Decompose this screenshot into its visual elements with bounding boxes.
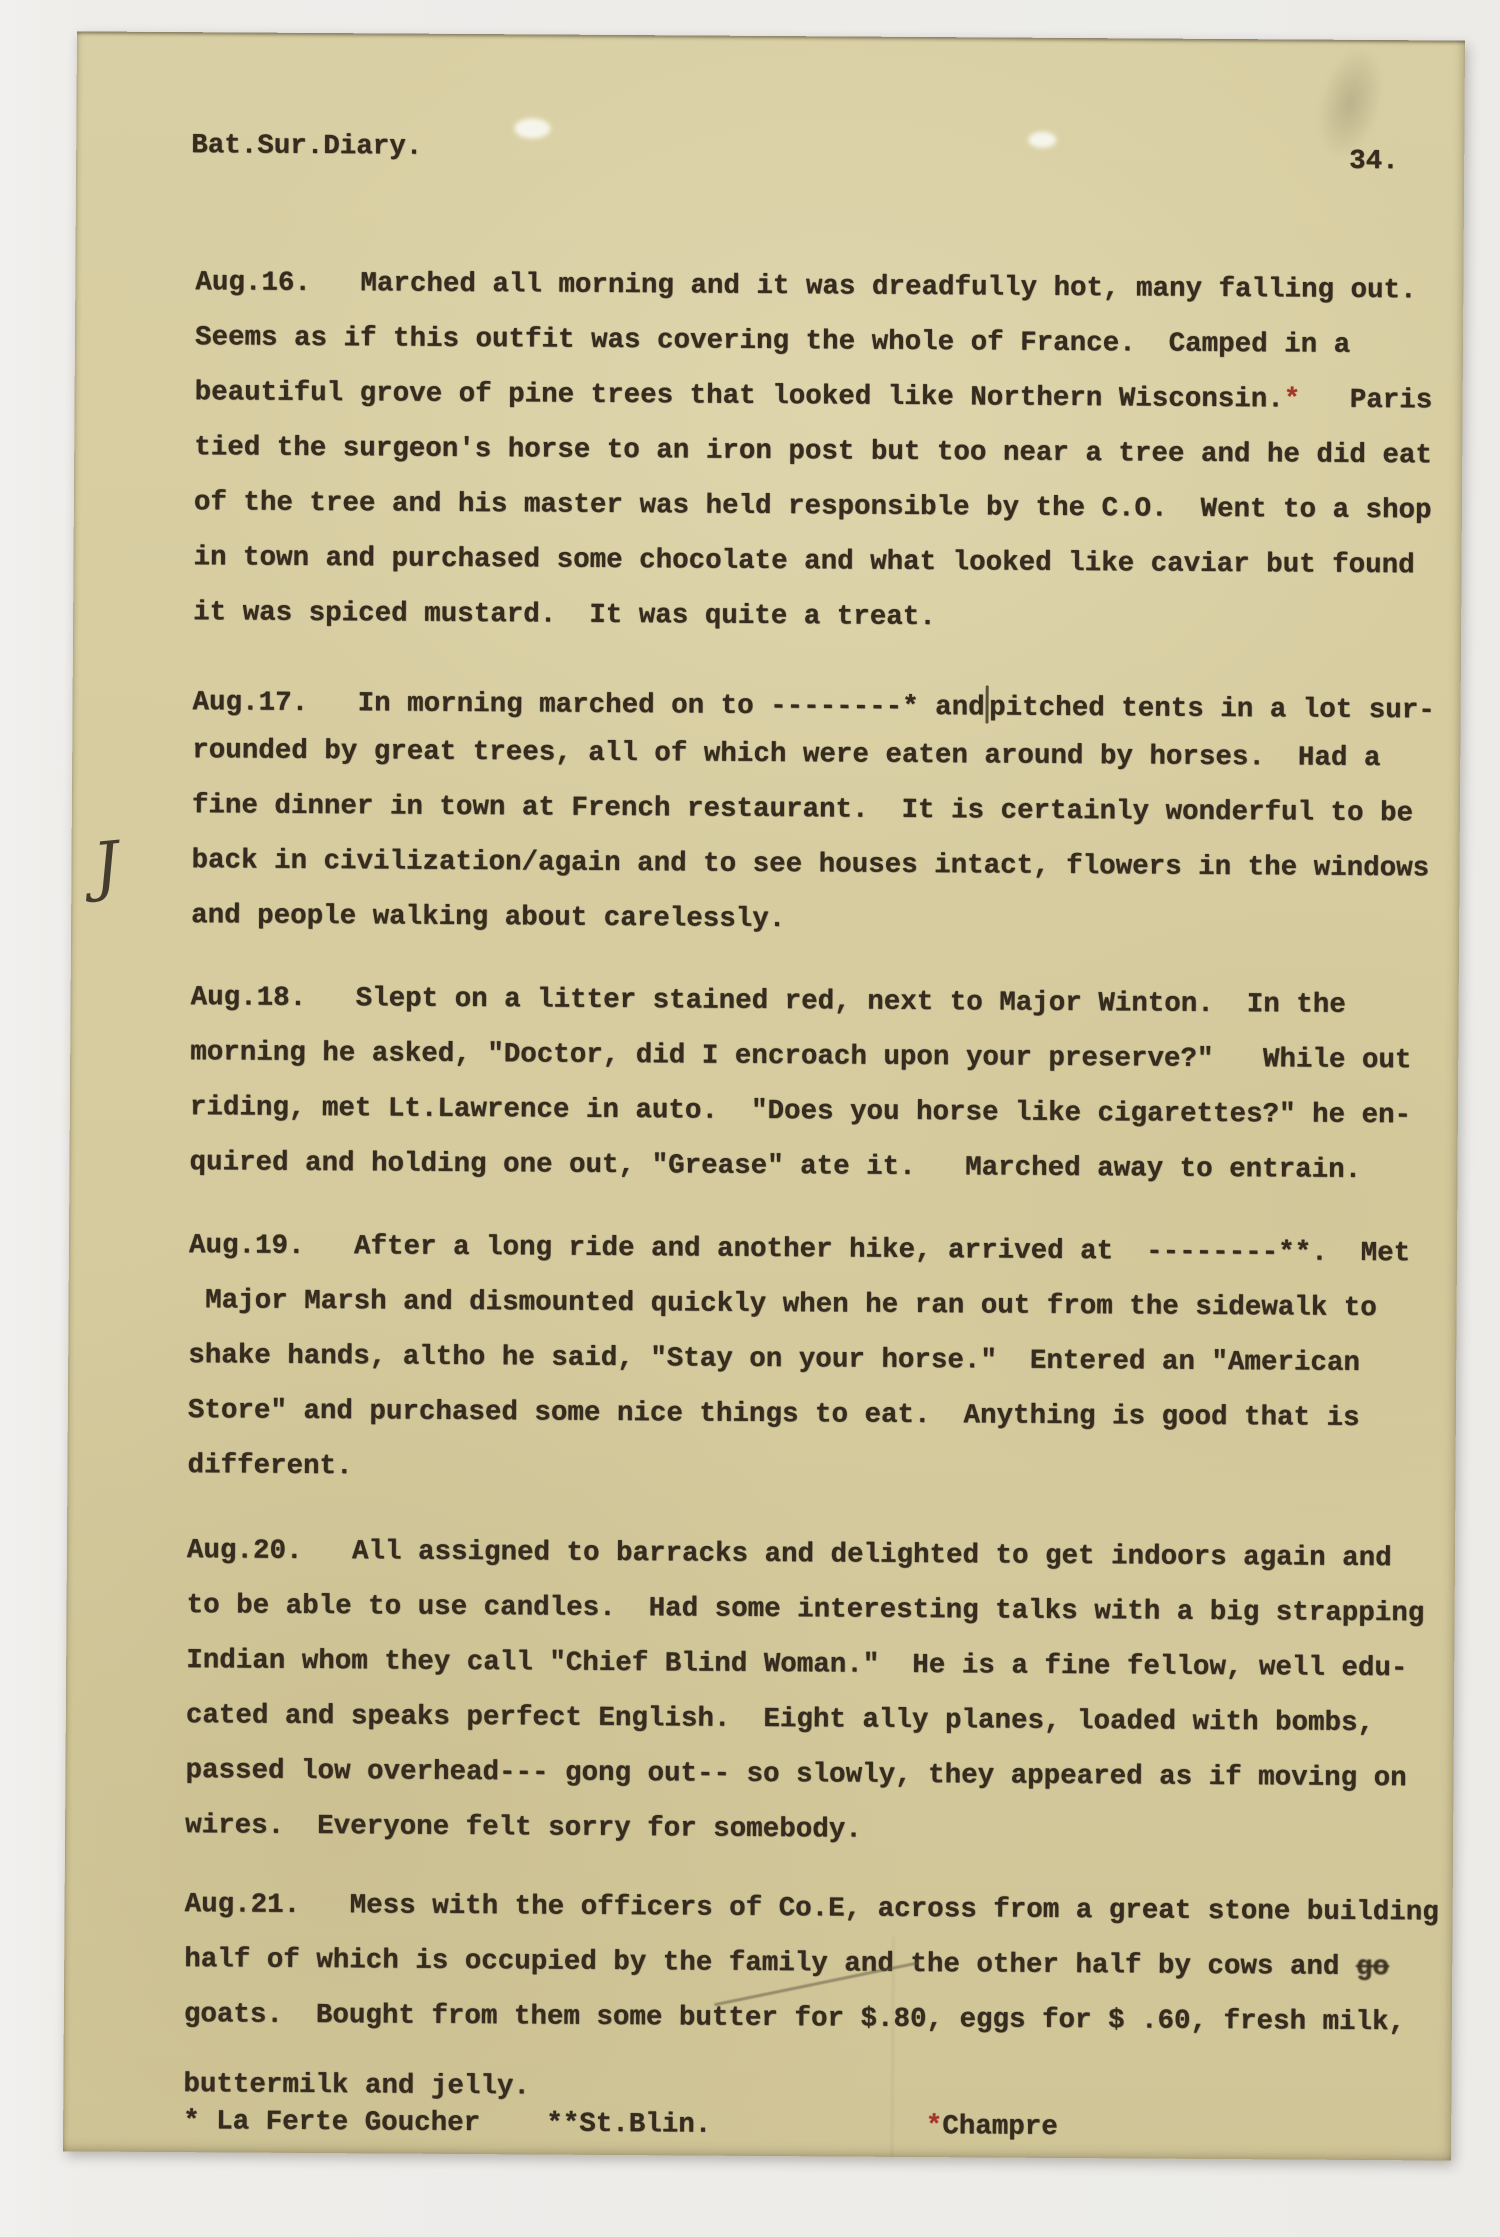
typed-line: Major Marsh and dismounted quickly when … xyxy=(188,1285,1476,1349)
diary-entry-aug17: Aug.17. In morning marched on to -------… xyxy=(191,680,1481,964)
entry-closing-and-footnotes: buttermilk and jelly.* La Ferte Goucher … xyxy=(183,2069,1471,2152)
typed-line: tied the surgeon's horse to an iron post… xyxy=(194,432,1482,496)
text-segment: Major Marsh and dismounted quickly when … xyxy=(189,1285,1377,1324)
text-segment: Paris xyxy=(1300,385,1432,417)
handwritten-margin-mark: J xyxy=(90,829,123,905)
text-segment: Aug.16. Marched all morning and it was d… xyxy=(195,267,1416,306)
typed-line: half of which is occupied by the family … xyxy=(184,1944,1472,2008)
typed-line: fine dinner in town at French restaurant… xyxy=(192,790,1480,854)
diary-entry-aug19: Aug.19. After a long ride and another hi… xyxy=(187,1230,1477,1514)
text-segment: Aug.20. All assigned to barracks and del… xyxy=(187,1535,1392,1574)
paper-spot xyxy=(1028,132,1056,148)
text-segment: Champre xyxy=(942,2111,1058,2143)
diary-page-paper: Bat.Sur.Diary. 34. Aug.16. Marched all m… xyxy=(63,31,1465,2160)
text-segment: wires. Everyone felt sorry for somebody. xyxy=(185,1810,862,1845)
typed-line: Aug.16. Marched all morning and it was d… xyxy=(195,267,1483,331)
text-segment: half of which is occupied by the family … xyxy=(184,1944,1356,1983)
text-segment: it was spiced mustard. It was quite a tr… xyxy=(193,597,936,633)
typed-line: riding, met Lt.Lawrence in auto. "Does y… xyxy=(190,1092,1478,1156)
insertion-caret-mark xyxy=(986,685,989,723)
struck-out-text: go xyxy=(1356,1952,1389,1983)
text-segment: Aug.17. In morning marched on to -------… xyxy=(192,687,984,723)
typed-line: to be able to use candles. Had some inte… xyxy=(186,1590,1474,1654)
typed-line: of the tree and his master was held resp… xyxy=(194,487,1482,551)
text-segment: rounded by great trees, all of which wer… xyxy=(192,735,1380,774)
typed-line: Indian whom they call "Chief Blind Woman… xyxy=(186,1645,1474,1709)
typed-line: in town and purchased some chocolate and… xyxy=(193,542,1481,606)
typed-line: Aug.19. After a long ride and another hi… xyxy=(189,1230,1477,1294)
text-segment: buttermilk and jelly. xyxy=(183,2069,530,2102)
typed-line: beautiful grove of pine trees that looke… xyxy=(194,377,1482,441)
text-segment: cated and speaks perfect English. Eight … xyxy=(186,1700,1374,1739)
text-segment: shake hands, altho he said, "Stay on you… xyxy=(188,1340,1360,1379)
diary-entry-aug18: Aug.18. Slept on a litter stained red, n… xyxy=(189,982,1478,1211)
scanned-diary-screenshot: { "page": { "title": "Bat.Sur.Diary.", "… xyxy=(0,0,1500,2237)
typed-line: and people walking about carelessly. xyxy=(191,900,1479,964)
typed-line: morning he asked, "Doctor, did I encroac… xyxy=(190,1037,1478,1101)
text-segment: beautiful grove of pine trees that looke… xyxy=(195,377,1284,415)
typed-line: Aug.17. In morning marched on to -------… xyxy=(192,680,1480,744)
red-ink-asterisk: * xyxy=(926,2111,943,2142)
red-ink-asterisk: * xyxy=(1284,384,1301,415)
text-segment: Seems as if this outfit was covering the… xyxy=(195,322,1350,361)
text-segment: different. xyxy=(187,1450,352,1482)
typed-line: quired and holding one out, "Grease" ate… xyxy=(189,1147,1477,1211)
diary-entry-aug16: Aug.16. Marched all morning and it was d… xyxy=(193,267,1484,661)
typed-line: Seems as if this outfit was covering the… xyxy=(195,322,1483,386)
text-segment: Aug.18. Slept on a litter stained red, n… xyxy=(191,982,1346,1021)
typed-line: it was spiced mustard. It was quite a tr… xyxy=(193,597,1481,661)
typed-line: back in civilization/again and to see ho… xyxy=(191,845,1479,909)
text-segment: and people walking about carelessly. xyxy=(191,900,785,935)
typed-line: shake hands, altho he said, "Stay on you… xyxy=(188,1340,1476,1404)
typed-line: wires. Everyone felt sorry for somebody. xyxy=(185,1810,1473,1874)
typed-line: different. xyxy=(187,1450,1475,1514)
typed-line: Store" and purchased some nice things to… xyxy=(188,1395,1476,1459)
paper-spot xyxy=(514,118,550,138)
text-segment: Store" and purchased some nice things to… xyxy=(188,1395,1360,1434)
text-segment: pitched tents in a lot sur- xyxy=(989,692,1435,726)
text-segment: * La Ferte Goucher **St.Blin. xyxy=(183,2106,711,2141)
typed-line: goats. Bought from them some butter for … xyxy=(184,1999,1472,2063)
text-segment xyxy=(711,2110,926,2142)
typed-line: Aug.20. All assigned to barracks and del… xyxy=(187,1535,1475,1599)
typed-line: cated and speaks perfect English. Eight … xyxy=(186,1700,1474,1764)
text-segment: quired and holding one out, "Grease" ate… xyxy=(189,1147,1361,1186)
typed-line: Aug.21. Mess with the officers of Co.E, … xyxy=(184,1889,1472,1953)
typed-line: Aug.18. Slept on a litter stained red, n… xyxy=(190,982,1478,1046)
text-segment: Aug.21. Mess with the officers of Co.E, … xyxy=(185,1889,1439,1928)
diary-entry-aug20: Aug.20. All assigned to barracks and del… xyxy=(185,1535,1475,1874)
typed-line: rounded by great trees, all of which wer… xyxy=(192,735,1480,799)
page-title: Bat.Sur.Diary. xyxy=(191,130,422,163)
typed-line: * La Ferte Goucher **St.Blin. *Champre xyxy=(183,2106,1471,2152)
typed-line: passed low overhead--- gong out-- so slo… xyxy=(185,1755,1473,1819)
diary-entry-aug21: Aug.21. Mess with the officers of Co.E, … xyxy=(184,1889,1473,2063)
text-segment: Aug.19. After a long ride and another hi… xyxy=(189,1230,1410,1269)
